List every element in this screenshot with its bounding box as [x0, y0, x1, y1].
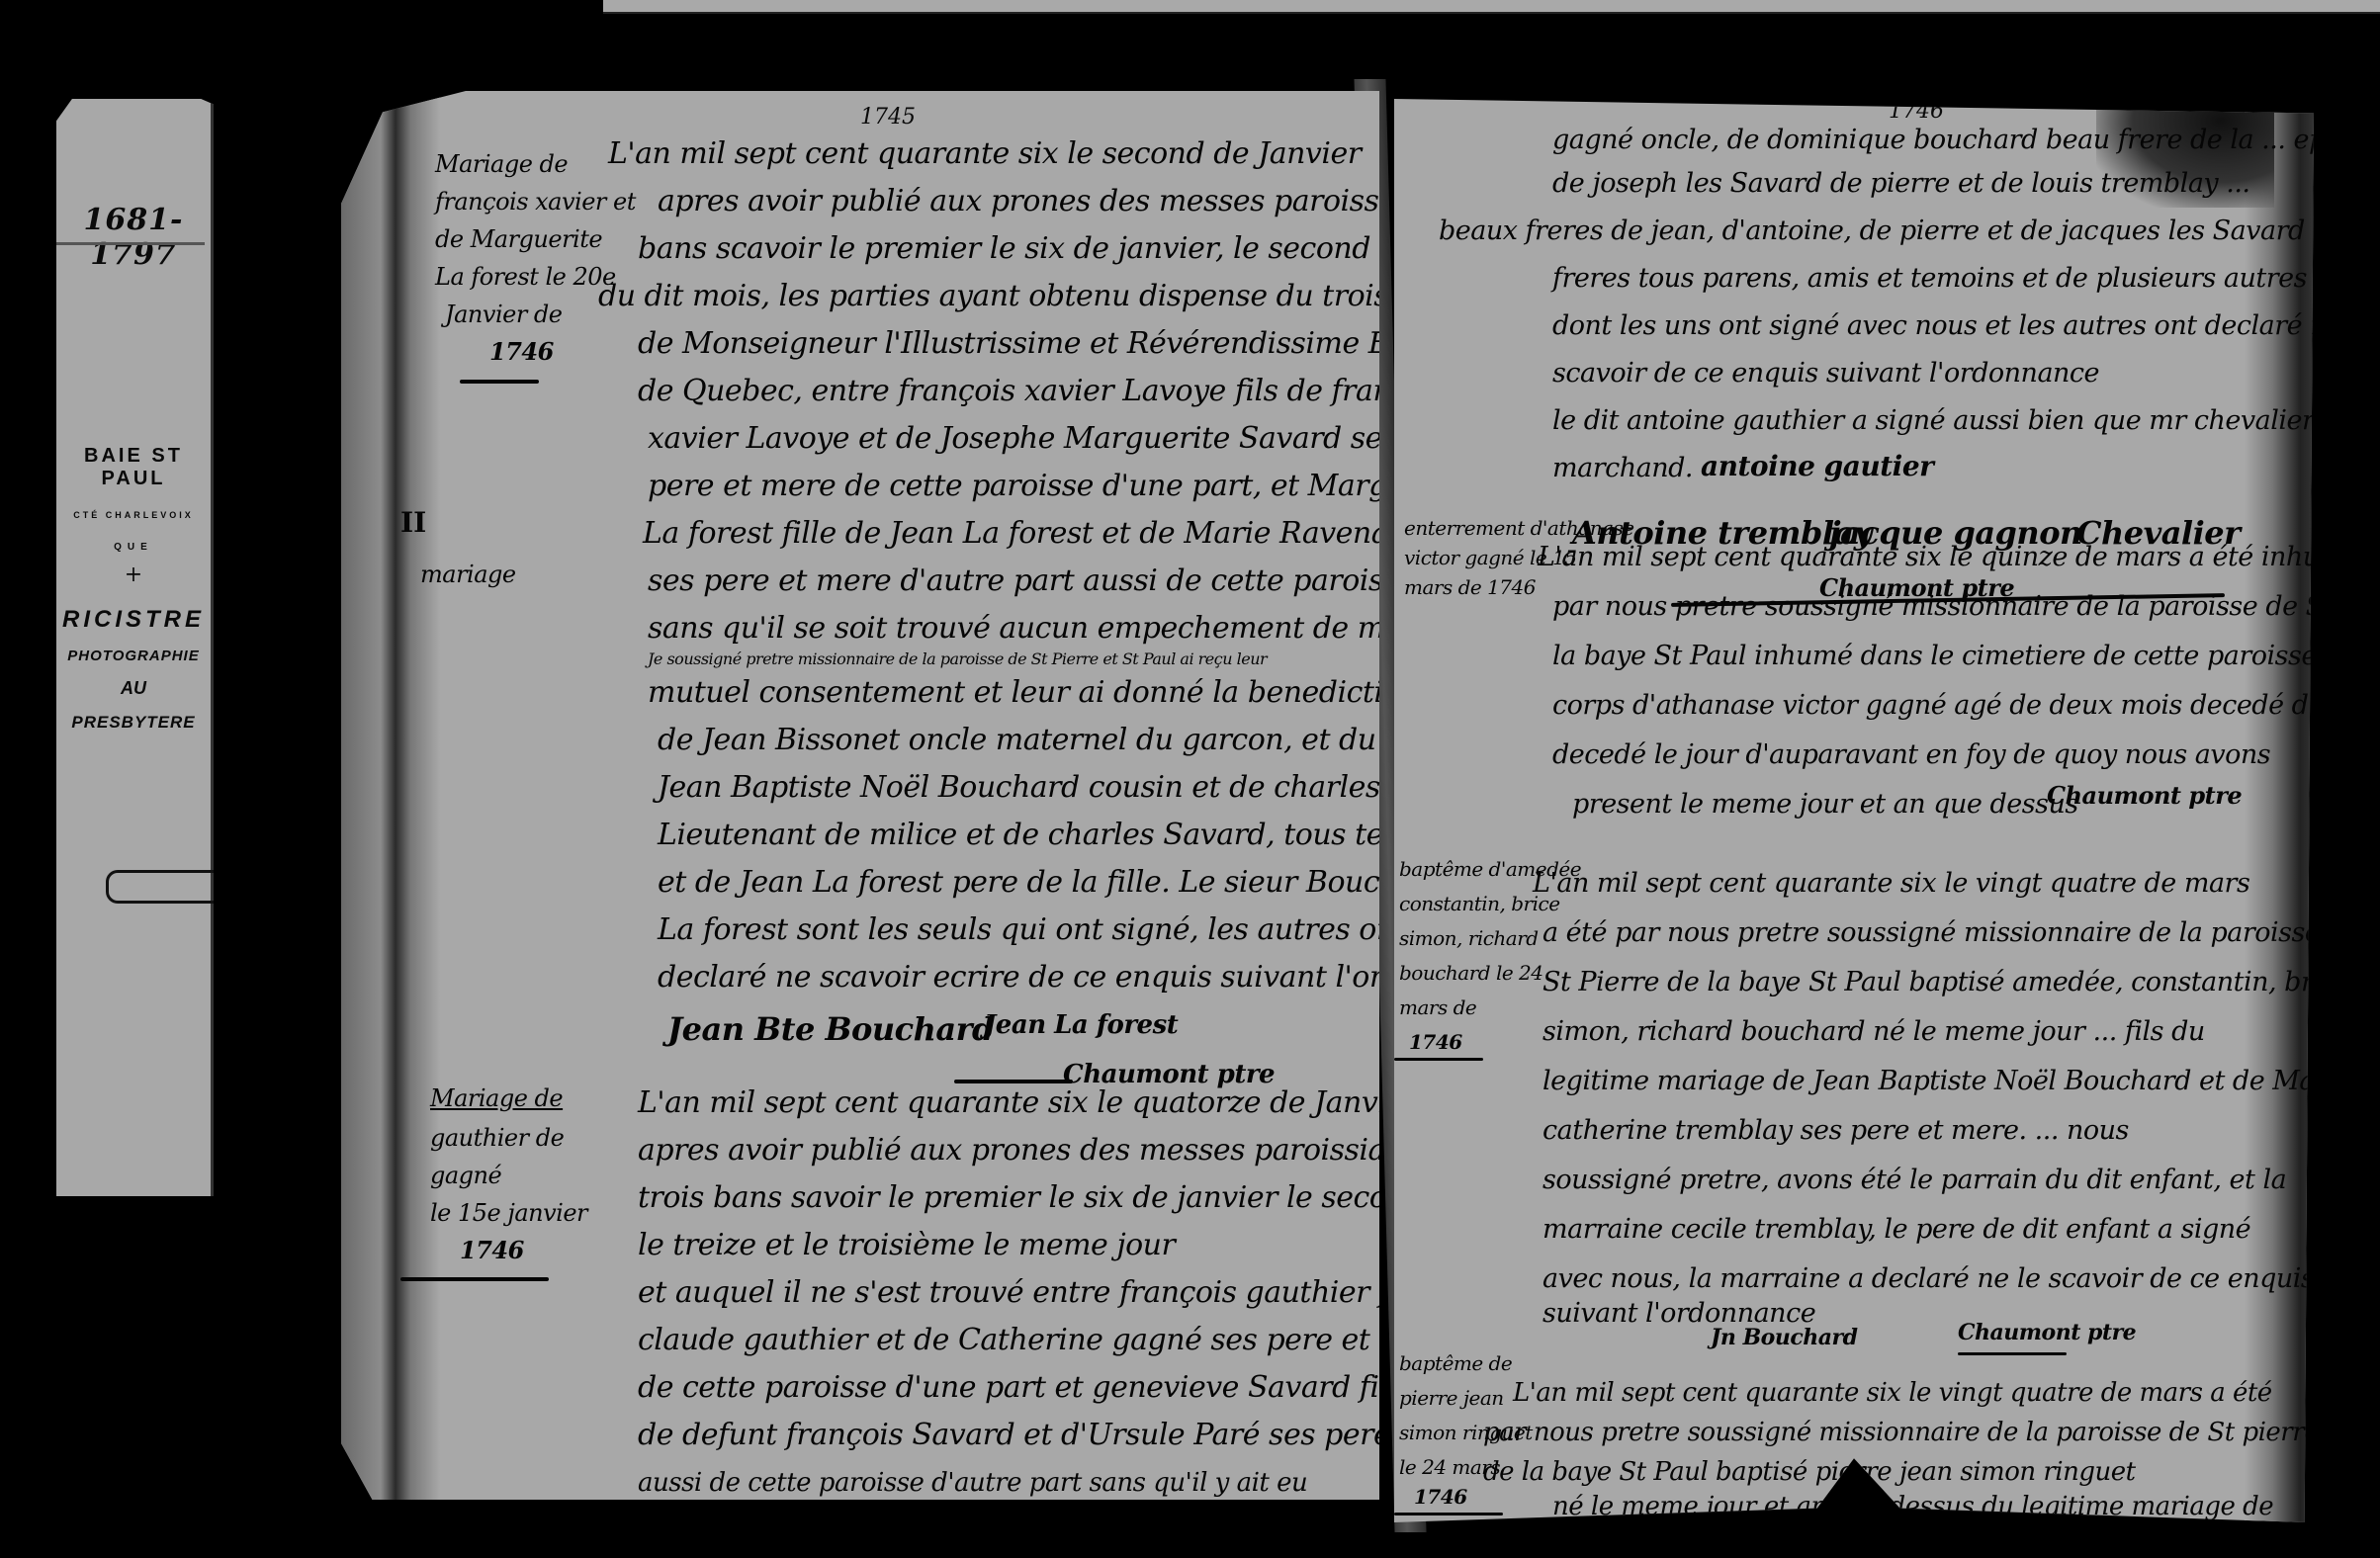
label-line-3: AU [56, 678, 211, 699]
text-line: beaux freres de jean, d'antoine, de pier… [1439, 208, 2305, 255]
text-line: de Jean Bissonet oncle maternel du garco… [658, 717, 1379, 764]
text-line: claude gauthier et de Catherine gagné se… [638, 1317, 1379, 1364]
text-line: L'an mil sept cent quarante six le secon… [608, 130, 1362, 178]
text-line: St Pierre de la baye St Paul baptisé ame… [1543, 959, 2314, 1006]
text-line: mutuel consentement et leur ai donné la … [648, 669, 1379, 717]
text-line: present le meme jour et an que dessus [1572, 781, 2078, 828]
signature-rule [1958, 1352, 2067, 1355]
margin-note: gauthier de [430, 1119, 564, 1157]
text-line: L'an mil sept cent quarante six le quinz… [1538, 534, 2314, 581]
text-line: gagné oncle, de dominique bouchard beau … [1552, 117, 2314, 164]
register-label-strip: 1681-1797 BAIE ST PAUL CTÉ CHARLEVOIX QU… [56, 99, 214, 1196]
margin-note: mars de 1746 [1404, 568, 1536, 606]
text-line: corps d'athanase victor gagné agé de deu… [1552, 682, 2314, 730]
text-line: L'an mil sept cent quarante six le vingt… [1533, 860, 2249, 908]
margin-note: bouchard le 24 [1399, 954, 1543, 992]
text-line: apres avoir publié aux prones des messes… [658, 178, 1379, 225]
margin-note-year: 1746 [1414, 1478, 1467, 1515]
text-line: decedé le jour d'auparavant en foy de qu… [1552, 732, 2270, 779]
text-line: catherine tremblay ses pere et mere. ...… [1543, 1107, 2129, 1155]
text-line: sans qu'il se soit trouvé aucun empechem… [648, 605, 1379, 652]
label-line-2: PHOTOGRAPHIE [56, 648, 211, 664]
signature: Jn Bouchard [1711, 1325, 1857, 1350]
margin-note-year: 1746 [1409, 1023, 1462, 1061]
text-line: de joseph les Savard de pierre et de lou… [1552, 160, 2250, 208]
top-page-edge [603, 0, 2380, 14]
signature: Jean Bte Bouchard [667, 1010, 994, 1048]
text-line: simon, richard bouchard né le meme jour … [1543, 1008, 2205, 1056]
text-line: marchand. [1552, 445, 1693, 492]
margin-note: Mariage de [435, 145, 568, 183]
text-line: xavier Lavoye et de Josephe Marguerite S… [648, 415, 1379, 463]
signature: antoine gautier [1701, 450, 1933, 482]
right-page: 1746 gagné oncle, de dominique bouchard … [1394, 99, 2314, 1522]
label-county: CTÉ CHARLEVOIX [56, 510, 211, 520]
text-line: La forest sont les seuls qui ont signé, … [658, 907, 1379, 954]
text-line: de cette paroisse d'une part et geneviev… [638, 1364, 1379, 1412]
text-line: declaré ne scavoir ecrire de ce enquis s… [658, 954, 1379, 1001]
text-line: aussi de cette paroisse d'autre part san… [638, 1459, 1307, 1500]
margin-note: simon, richard [1399, 919, 1539, 957]
text-line: le dit antoine gauthier a signé aussi bi… [1552, 397, 2314, 445]
margin-note-year: 1746 [460, 1232, 524, 1269]
text-line: Jean Baptiste Noël Bouchard cousin et de… [658, 764, 1379, 812]
text-line: du dit mois, les parties ayant obtenu di… [598, 273, 1379, 320]
signature: Chaumont ptre [2047, 781, 2242, 810]
label-place: BAIE ST PAUL [56, 445, 211, 490]
text-line: né le meme jour et an que dessus du legi… [1552, 1483, 2273, 1522]
text-line: par nous pretre soussigné missionnaire d… [1552, 583, 2314, 631]
margin-rule [1394, 1058, 1483, 1061]
left-page-edge-shade [341, 91, 440, 1500]
text-line-insert: Je soussigné pretre missionnaire de la p… [648, 649, 1267, 668]
margin-note-year: 1746 [489, 333, 554, 371]
text-line: Lieutenant de milice et de charles Savar… [658, 812, 1379, 859]
label-divider [56, 242, 205, 245]
text-line: scavoir de ce enquis suivant l'ordonnanc… [1552, 350, 2099, 397]
cross-icon: + [56, 566, 211, 584]
text-line: bans scavoir le premier le six de janvie… [638, 225, 1379, 273]
text-line: pere et mere de cette paroisse d'une par… [648, 463, 1379, 510]
text-line: legitime mariage de Jean Baptiste Noël B… [1543, 1058, 2314, 1105]
margin-note: le 15e janvier [430, 1194, 587, 1232]
margin-note: mariage [420, 556, 516, 593]
left-folio-number: 1745 [860, 105, 916, 130]
text-line: le treize et le troisième le meme jour [638, 1222, 1175, 1269]
margin-note: Janvier de [445, 296, 563, 333]
text-line: dont les uns ont signé avec nous et les … [1552, 303, 2314, 350]
signature: Jean La forest [984, 1010, 1178, 1040]
margin-rule [460, 380, 539, 384]
text-line: la baye St Paul inhumé dans le cimetiere… [1552, 633, 2314, 680]
label-slot-outline [106, 870, 227, 904]
label-text-block: BAIE ST PAUL CTÉ CHARLEVOIX QUE + RICIST… [56, 445, 211, 733]
text-line: de defunt françois Savard et d'Ursule Pa… [638, 1412, 1379, 1459]
margin-note: françois xavier et [435, 183, 636, 220]
text-line: L'an mil sept cent quarante six le quato… [638, 1080, 1379, 1127]
text-line: a été par nous pretre soussigné missionn… [1543, 909, 2314, 957]
margin-note: baptême de [1399, 1344, 1512, 1382]
margin-note: gagné [430, 1157, 501, 1194]
margin-note: La forest le 20e [435, 258, 616, 296]
margin-note: mars de [1399, 989, 1476, 1026]
roman-numeral: II [400, 506, 426, 539]
margin-rule [1394, 1513, 1503, 1515]
text-line: freres tous parens, amis et temoins et d… [1552, 255, 2307, 303]
margin-rule [400, 1277, 549, 1281]
text-line: et auquel il ne s'est trouvé entre franç… [638, 1269, 1379, 1317]
label-line-1: RICISTRE [56, 606, 211, 634]
text-line: apres avoir publié aux prones des messes… [638, 1127, 1379, 1174]
text-line: soussigné pretre, avons été le parrain d… [1543, 1157, 2286, 1204]
text-line: et de Jean La forest pere de la fille. L… [658, 859, 1379, 907]
label-province: QUE [56, 542, 211, 553]
text-line: de Monseigneur l'Illustrissime et Révére… [638, 320, 1379, 368]
text-line: ses pere et mere d'autre part aussi de c… [648, 558, 1379, 605]
text-line: marraine cecile tremblay, le pere de dit… [1543, 1206, 2250, 1254]
left-page: 1745 Mariage de françois xavier et de Ma… [341, 91, 1379, 1500]
margin-note: Mariage de [430, 1080, 563, 1117]
signature: Chaumont ptre [1958, 1320, 2136, 1345]
text-line: La forest fille de Jean La forest et de … [643, 510, 1379, 558]
date-range: 1681-1797 [64, 203, 203, 272]
text-line: de Quebec, entre françois xavier Lavoye … [638, 368, 1379, 415]
margin-note: de Marguerite [435, 220, 602, 258]
label-line-4: PRESBYTERE [56, 713, 211, 733]
text-line: trois bans savoir le premier le six de j… [638, 1174, 1379, 1222]
